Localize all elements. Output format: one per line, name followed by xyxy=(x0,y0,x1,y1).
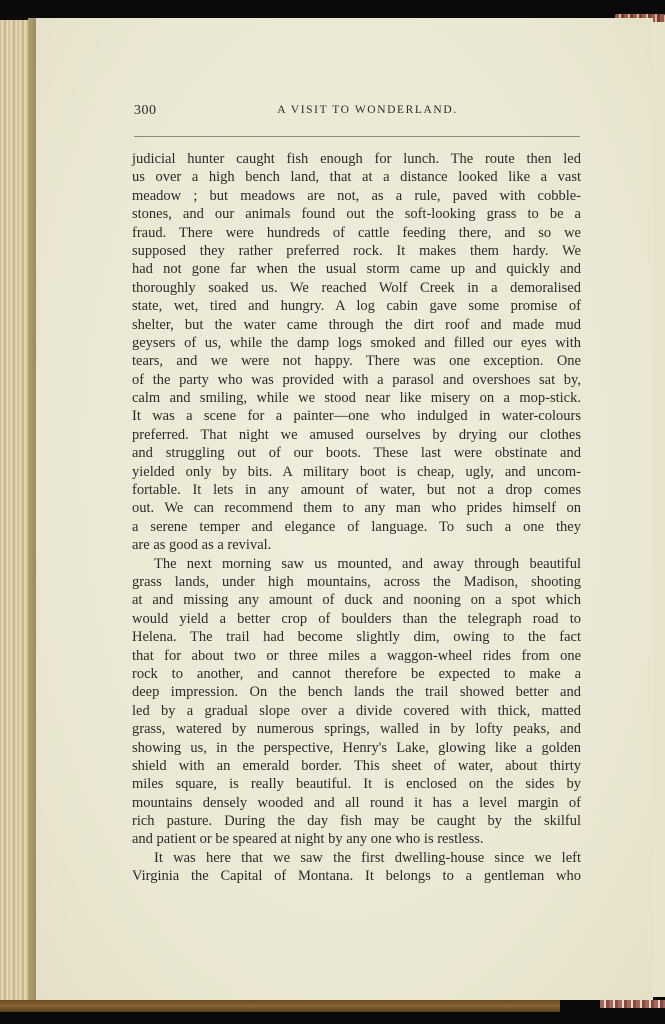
text-line: stones, and our animals found out the so… xyxy=(132,205,581,223)
text-line: Helena. The trail had become slightly di… xyxy=(132,628,581,646)
text-line: judicial hunter caught fish enough for l… xyxy=(132,150,581,168)
text-line: us over a high bench land, that at a dis… xyxy=(132,168,581,186)
text-line: and struggling out of our boots. These l… xyxy=(132,444,581,462)
text-line: mountains densely wooded and all round i… xyxy=(132,794,581,812)
text-line: of the party who was provided with a par… xyxy=(132,371,581,389)
page-stack-shadow xyxy=(28,18,36,1000)
running-title: A VISIT TO WONDERLAND. xyxy=(134,104,579,116)
text-line: grass, watered by numerous springs, wall… xyxy=(132,720,581,738)
body-text: judicial hunter caught fish enough for l… xyxy=(132,150,581,886)
text-line: The next morning saw us mounted, and awa… xyxy=(132,555,581,573)
paragraph: It was here that we saw the first dwelli… xyxy=(132,849,581,886)
text-line: are as good as a revival. xyxy=(132,536,581,554)
text-line: geysers of us, while the damp logs smoke… xyxy=(132,334,581,352)
text-line: preferred. That night we amused ourselve… xyxy=(132,426,581,444)
text-line: calm and smiling, while we stood near li… xyxy=(132,389,581,407)
adjacent-page-edge xyxy=(651,22,665,997)
text-line: that for about two or three miles a wagg… xyxy=(132,647,581,665)
text-line: shield with an emerald border. This shee… xyxy=(132,757,581,775)
paragraph: judicial hunter caught fish enough for l… xyxy=(132,150,581,555)
text-line: out. We can recommend them to any man wh… xyxy=(132,499,581,517)
text-line: at and missing any amount of duck and no… xyxy=(132,591,581,609)
text-line: led by a gradual slope over a divide cov… xyxy=(132,702,581,720)
text-line: yielded only by bits. A military boot is… xyxy=(132,463,581,481)
text-line: miles square, is really beautiful. It is… xyxy=(132,775,581,793)
text-line: rock to another, and cannot therefore be… xyxy=(132,665,581,683)
text-line: state, wet, tired and hungry. A log cabi… xyxy=(132,297,581,315)
text-line: tears, and we were not happy. There was … xyxy=(132,352,581,370)
text-line: meadow ; but meadows are not, as a rule,… xyxy=(132,187,581,205)
book-cover-edge-bottom xyxy=(0,1000,560,1012)
text-line: grass lands, under high mountains, acros… xyxy=(132,573,581,591)
text-line: Virginia the Capital of Montana. It belo… xyxy=(132,867,581,885)
text-line: a serene temper and elegance of language… xyxy=(132,518,581,536)
running-head: 300 A VISIT TO WONDERLAND. xyxy=(134,103,579,123)
text-line: had not gone far when the usual storm ca… xyxy=(132,260,581,278)
text-line: showing us, in the perspective, Henry's … xyxy=(132,739,581,757)
text-line: fraud. There were hundreds of cattle fee… xyxy=(132,224,581,242)
text-line: fortable. It lets in any amount of water… xyxy=(132,481,581,499)
text-line: would yield a better crop of boulders th… xyxy=(132,610,581,628)
book-cover-edge-bottom-right xyxy=(600,1000,665,1008)
paragraph: The next morning saw us mounted, and awa… xyxy=(132,555,581,849)
text-line: supposed they rather preferred rock. It … xyxy=(132,242,581,260)
text-line: It was a scene for a painter—one who ind… xyxy=(132,407,581,425)
text-line: It was here that we saw the first dwelli… xyxy=(132,849,581,867)
text-line: thoroughly soaked us. We reached Wolf Cr… xyxy=(132,279,581,297)
text-line: deep impression. On the bench lands the … xyxy=(132,683,581,701)
text-line: rich pasture. During the day fish may be… xyxy=(132,812,581,830)
text-line: shelter, but the water came through the … xyxy=(132,316,581,334)
text-line: and patient or be speared at night by an… xyxy=(132,830,581,848)
header-rule xyxy=(134,136,580,137)
